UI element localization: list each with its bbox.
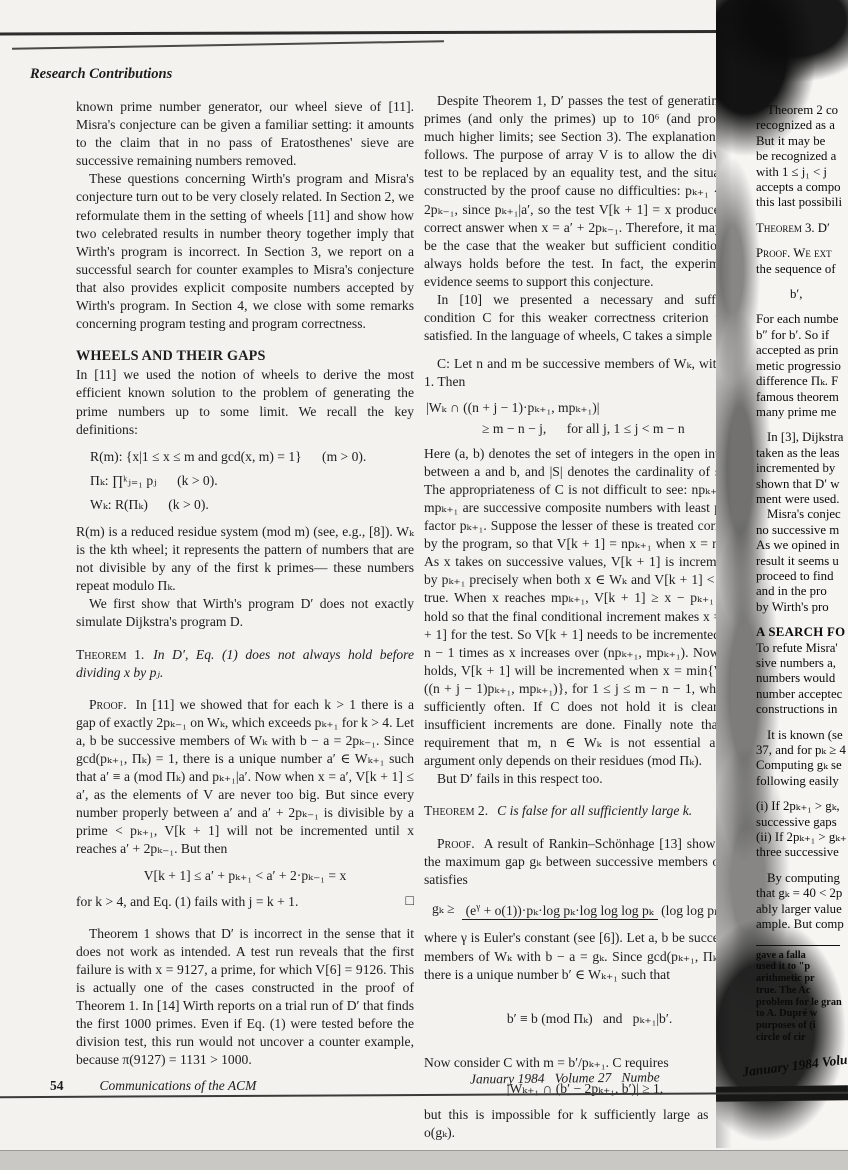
strip-fragment: ample. But comp	[756, 917, 848, 932]
paragraph: In [10] we presented a necessary and suf…	[424, 291, 746, 345]
strip-fragment: that gₖ = 40 < 2p	[756, 886, 848, 901]
definition-item: Wₖ: R(Πₖ) (k > 0).	[90, 496, 414, 514]
strip-fragment: To refute Misra'	[756, 641, 848, 656]
strip-fragment: this last possibili	[756, 195, 848, 210]
strip-fragment: number acceptec	[756, 687, 848, 702]
theorem-2: Theorem 2.C is false for all sufficientl…	[424, 802, 746, 820]
paragraph: R(m) is a reduced residue system (mod m)…	[76, 523, 414, 595]
strip-fragment: b″ for b′. So if	[756, 328, 848, 343]
equation-lhs: gₖ ≥	[432, 900, 455, 918]
scanned-paper-page: Research Contributions known prime numbe…	[0, 0, 848, 1170]
strip-fragment: It is known (se	[756, 728, 848, 743]
strip-fragment: purposes of (i	[756, 1020, 848, 1032]
strip-fragment: difference Πₖ. F	[756, 374, 848, 389]
section-heading: WHEELS AND THEIR GAPS	[76, 347, 414, 365]
footer-issue: January 1984 Volume 27 Numbe	[470, 1069, 750, 1088]
strip-fragment: the sequence of	[756, 262, 848, 277]
paragraph: known prime number generator, our wheel …	[76, 98, 414, 170]
strip-fragment: with 1 ≤ j₁ < j	[756, 165, 848, 180]
scan-bottom-band	[0, 1150, 848, 1170]
theorem-1: Theorem 1.In D′, Eq. (1) does not always…	[76, 646, 414, 682]
display-equation: |Wₖ ∩ ((n + j − 1)·pₖ₊₁, mpₖ₊₁)|	[426, 399, 746, 417]
strip-fragment: recognized as a	[756, 118, 848, 133]
proof-label: Proof.	[89, 697, 127, 712]
paragraph: We first show that Wirth's program D′ do…	[76, 595, 414, 631]
strip-fragment: by Wirth's pro	[756, 600, 848, 615]
top-rule-2	[12, 40, 444, 49]
proof-label: Proof.	[437, 836, 475, 851]
strip-fragment: As we opined in	[756, 538, 848, 553]
strip-fragment: to A. Dupré w	[756, 1008, 848, 1020]
proof-text: In [11] we showed that for each k > 1 th…	[76, 697, 414, 857]
paragraph: In [11] we used the notion of wheels to …	[76, 366, 414, 438]
strip-fragment: ment were used.	[756, 492, 848, 507]
strip-fragment: In [3], Dijkstra	[756, 430, 848, 445]
strip-fragment: sive numbers a,	[756, 656, 848, 671]
strip-fragment: and in the pro	[756, 584, 848, 599]
proof-end: □for k > 4, and Eq. (1) fails with j = k…	[76, 893, 414, 911]
paragraph: but this is impossible for k sufficientl…	[424, 1106, 746, 1142]
strip-fragment: Misra's conjec	[756, 507, 848, 522]
strip-fragment: proceed to find	[756, 569, 848, 584]
strip-text-fragments: Theorem 2 corecognized as aBut it may be…	[756, 103, 848, 1044]
strip-fragment: gave a falla	[756, 945, 840, 962]
strip-fragment: For each numbe	[756, 312, 848, 327]
strip-fragment: taken as the leas	[756, 446, 848, 461]
strip-fragment: Proof. We ext	[756, 246, 848, 261]
proof-1: Proof.In [11] we showed that for each k …	[76, 696, 414, 859]
strip-fragment: A SEARCH FO	[756, 625, 848, 640]
paragraph: These questions concerning Wirth's progr…	[76, 170, 414, 333]
strip-fragment: 37, and for pₖ ≥ 4	[756, 743, 848, 758]
right-column: Despite Theorem 1, D′ passes the test of…	[424, 92, 746, 1142]
gap-equation: gₖ ≥ (eγ + o(1))·pₖ·log pₖ·log log log p…	[424, 898, 746, 921]
theorem-label: Theorem 2.	[424, 803, 488, 818]
page-number: 54	[50, 1078, 64, 1093]
strip-fragment: result it seems u	[756, 554, 848, 569]
journal-name: Communications of the ACM	[100, 1078, 257, 1093]
strip-fragment: But it may be	[756, 134, 848, 149]
display-equation: V[k + 1] ≤ a′ + pₖ₊₁ < a′ + 2·pₖ₋₁ = x	[76, 867, 414, 885]
curled-page-strip: Theorem 2 corecognized as aBut it may be…	[716, 0, 848, 1148]
strip-fragment: By computing	[756, 871, 848, 886]
paragraph: Here (a, b) denotes the set of integers …	[424, 445, 746, 771]
strip-fragment: arithmetic pr	[756, 973, 848, 985]
left-column: known prime number generator, our wheel …	[76, 98, 414, 1070]
strip-fragment: famous theorem	[756, 390, 848, 405]
strip-fragment: Theorem 3. D′	[756, 221, 848, 236]
definition-item: Πₖ: ∏ᵏⱼ₌₁ pⱼ (k > 0).	[90, 472, 414, 490]
strip-fragment: b′,	[756, 287, 848, 302]
section-header: Research Contributions	[30, 66, 172, 83]
proof-2: Proof.A result of Rankin–Schönhage [13] …	[424, 835, 746, 889]
strip-fragment: ably larger value	[756, 902, 848, 917]
strip-fragment: true. The Ac	[756, 985, 848, 997]
theorem-label: Theorem 1.	[76, 647, 144, 662]
fraction: (eγ + o(1))·pₖ·log pₖ·log log log pₖ (lo…	[462, 898, 728, 921]
strip-fragment: used it to "p	[756, 961, 848, 973]
strip-fragment: accepted as prin	[756, 343, 848, 358]
strip-fragment: Theorem 2 co	[756, 103, 848, 118]
strip-fragment: successive gaps	[756, 815, 848, 830]
definitions-list: R(m): {x|1 ≤ x ≤ m and gcd(x, m) = 1} (m…	[90, 448, 414, 514]
paragraph: Theorem 1 shows that D′ is incorrect in …	[76, 925, 414, 1070]
footer-left: 54Communications of the ACM	[50, 1078, 256, 1094]
strip-fragment: shown that D′ w	[756, 477, 848, 492]
strip-date-fragment: January 1984 Volu	[741, 1052, 848, 1081]
strip-fragment: many prime me	[756, 405, 848, 420]
paragraph: But D′ fails in this respect too.	[424, 770, 746, 788]
strip-fragment: numbers would	[756, 671, 848, 686]
strip-fragment: three successive	[756, 845, 848, 860]
strip-fragment: (i) If 2pₖ₊₁ > gₖ,	[756, 799, 848, 814]
strip-fragment: problem for le gran	[756, 997, 848, 1009]
qed-symbol: □	[406, 893, 414, 911]
display-equation: (3b′ ≡ b (mod Πₖ) and pₖ₊₁|b′.	[424, 992, 746, 1046]
paragraph: where γ is Euler's constant (see [6]). L…	[424, 929, 746, 983]
theorem-text: C is false for all sufficiently large k.	[497, 803, 692, 818]
definition-item: R(m): {x|1 ≤ x ≤ m and gcd(x, m) = 1} (m…	[90, 448, 414, 466]
strip-fragment: metic progressio	[756, 359, 848, 374]
strip-fragment: be recognized a	[756, 149, 848, 164]
strip-fragment: circle of cir	[756, 1032, 848, 1044]
display-equation: ≥ m − n − j, for all j, 1 ≤ j < m − n	[482, 420, 746, 438]
strip-fragment: Computing gₖ se	[756, 758, 848, 773]
fraction-numerator: (eγ + o(1))·pₖ·log pₖ·log log log pₖ	[462, 903, 658, 920]
condition-intro: C: Let n and m be successive members of …	[424, 355, 746, 391]
strip-fragment: (ii) If 2pₖ₊₁ > gₖ₊	[756, 830, 848, 845]
strip-fragment: following easily	[756, 774, 848, 789]
strip-fragment: no successive m	[756, 523, 848, 538]
paragraph: Despite Theorem 1, D′ passes the test of…	[424, 92, 746, 291]
strip-fragment: incremented by	[756, 461, 848, 476]
strip-fragment: accepts a compo	[756, 180, 848, 195]
strip-fragment: constructions in	[756, 702, 848, 717]
